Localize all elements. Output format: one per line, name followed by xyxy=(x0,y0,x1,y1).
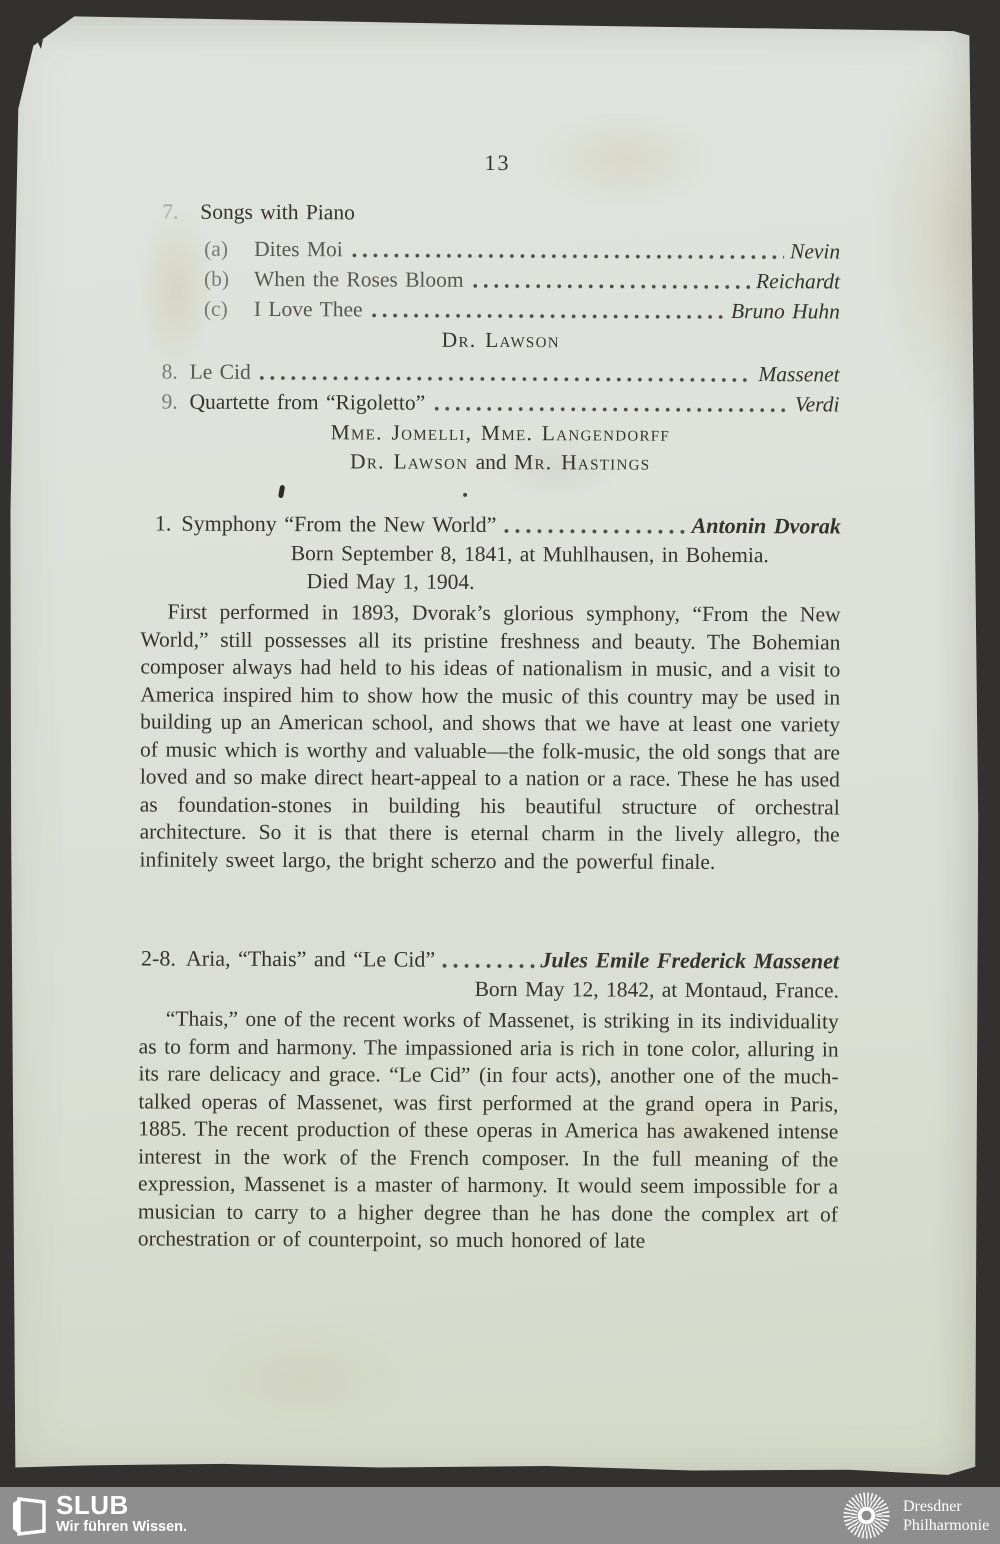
composer-died: Died May 1, 1904. xyxy=(141,566,841,597)
item-composer: Bruno Huhn xyxy=(731,296,840,326)
dot-leader xyxy=(439,955,536,975)
composer-born: Born September 8, 1841, at Muhlhausen, i… xyxy=(141,538,841,569)
scanned-page: 13 7. Songs with Piano (a) Dites Moi Nev… xyxy=(10,12,985,1480)
item-title: When the Roses Bloom xyxy=(254,264,464,295)
ink-mark xyxy=(278,485,285,499)
philharmonie-logo[interactable]: Dresdner Philharmonie xyxy=(840,1489,989,1542)
item-letter: (c) xyxy=(204,294,254,324)
viewer-footer: SLUB Wir führen Wissen. Dresdner Philhar… xyxy=(0,1487,1000,1544)
dot-leader xyxy=(369,304,726,326)
ink-mark xyxy=(463,493,467,497)
note-composer: Jules Emile Frederick Massenet xyxy=(540,945,839,976)
page-content: 13 7. Songs with Piano (a) Dites Moi Nev… xyxy=(7,10,988,1482)
item-number: 7. xyxy=(162,197,200,227)
performer-name: Dr. Lawson xyxy=(350,449,468,474)
note-heading: 1. Symphony “From the New World” Antonin… xyxy=(141,508,841,541)
program-note-dvorak: 1. Symphony “From the New World” Antonin… xyxy=(139,508,841,876)
program-item-8: 8. Le Cid Massenet xyxy=(162,357,840,390)
composer-born: Born May 12, 1842, at Montaud, France. xyxy=(139,973,839,1004)
program-item-7c: (c) I Love Thee Bruno Huhn xyxy=(162,294,840,327)
program-item-9: 9. Quartette from “Rigoletto” Verdi xyxy=(161,387,839,420)
program-list: 7. Songs with Piano (a) Dites Moi Nevin … xyxy=(161,197,840,478)
note-composer: Antonin Dvorak xyxy=(692,511,841,542)
note-number: 2-8. xyxy=(141,943,176,973)
item-title: Songs with Piano xyxy=(200,197,355,228)
slub-book-icon xyxy=(10,1492,48,1536)
item-title: I Love Thee xyxy=(254,294,363,324)
philharmonie-line2: Philharmonie xyxy=(903,1516,989,1535)
program-item-7: 7. Songs with Piano xyxy=(162,197,840,230)
philharmonie-wordmark: Dresdner Philharmonie xyxy=(903,1497,989,1535)
item-title: Dites Moi xyxy=(254,234,343,264)
dot-leader xyxy=(500,520,687,541)
slub-logo[interactable]: SLUB Wir führen Wissen. xyxy=(10,1492,187,1536)
dot-leader xyxy=(349,244,784,266)
program-performers: Dr. Lawson and Mr. Hastings xyxy=(161,447,839,478)
item-number: 8. xyxy=(162,357,190,387)
slub-tagline: Wir führen Wissen. xyxy=(56,1519,187,1536)
dot-leader xyxy=(431,398,789,420)
note-body: First performed in 1893, Dvorak’s glorio… xyxy=(139,598,840,876)
slub-wordmark: SLUB Wir führen Wissen. xyxy=(56,1492,187,1536)
item-composer: Reichardt xyxy=(756,266,840,296)
program-performer: Dr. Lawson xyxy=(162,324,840,357)
program-item-7b: (b) When the Roses Bloom Reichardt xyxy=(162,264,840,297)
program-item-7a: (a) Dites Moi Nevin xyxy=(162,234,840,267)
item-composer: Verdi xyxy=(795,389,840,419)
item-letter: (b) xyxy=(204,264,254,294)
program-performers: Mme. Jomelli, Mme. Langendorff xyxy=(161,417,839,450)
performer-name: Mr. Hastings xyxy=(514,450,650,475)
program-note-massenet: 2-8. Aria, “Thais” and “Le Cid” Jules Em… xyxy=(138,943,839,1256)
performer-conjunction: and xyxy=(468,450,514,474)
item-composer: Massenet xyxy=(758,359,839,389)
item-title: Le Cid xyxy=(190,357,251,387)
dot-leader xyxy=(257,367,753,389)
item-composer: Nevin xyxy=(790,236,840,266)
dot-leader xyxy=(470,275,750,296)
note-number: 1. xyxy=(155,509,172,539)
note-title: Symphony “From the New World” xyxy=(181,509,496,540)
page-number: 13 xyxy=(152,148,842,177)
slub-name: SLUB xyxy=(56,1492,187,1519)
item-number: 9. xyxy=(161,387,189,417)
philharmonie-line1: Dresdner xyxy=(903,1497,989,1516)
note-heading: 2-8. Aria, “Thais” and “Le Cid” Jules Em… xyxy=(139,943,839,976)
note-body: “Thais,” one of the recent works of Mass… xyxy=(138,1005,839,1256)
note-title: Aria, “Thais” and “Le Cid” xyxy=(186,944,435,975)
philharmonie-starburst-icon xyxy=(840,1489,893,1542)
item-title: Quartette from “Rigoletto” xyxy=(189,387,425,418)
item-letter: (a) xyxy=(204,234,254,264)
